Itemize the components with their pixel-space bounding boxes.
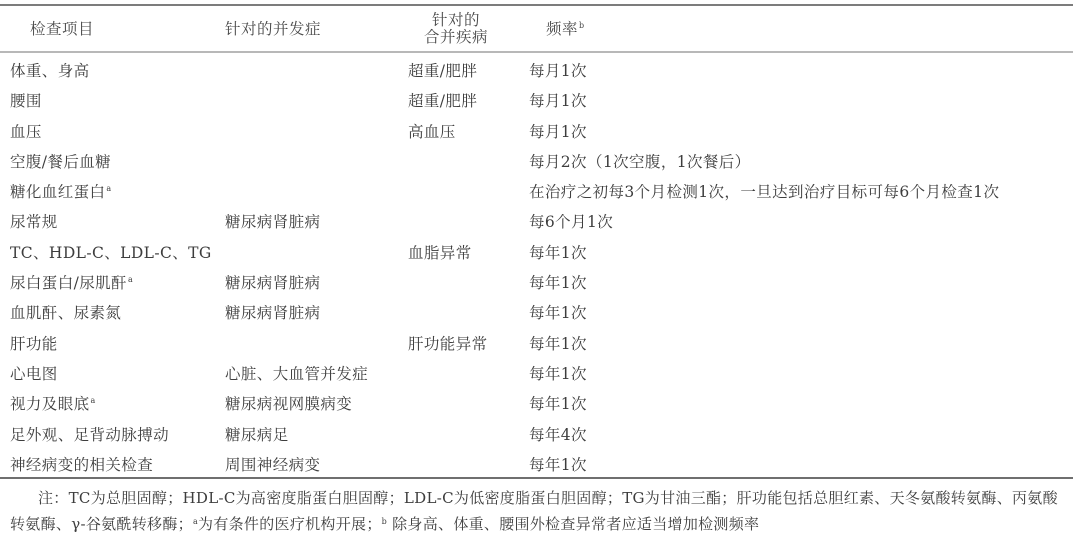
- table-footnote: 注：TC为总胆固醇；HDL-C为高密度脂蛋白胆固醇；LDL-C为低密度脂蛋白胆固…: [10, 485, 1072, 537]
- footnote-mark-a: a: [193, 517, 198, 526]
- table-row: 腰围超重/肥胖每月1次: [0, 88, 1080, 118]
- cell-exam-item: 腰围: [10, 91, 42, 111]
- cell-frequency: 每年1次: [529, 455, 587, 475]
- cell-frequency: 每年1次: [529, 303, 587, 323]
- cell-comorbidity: 血脂异常: [408, 243, 472, 263]
- table-row: 足外观、足背动脉搏动糖尿病足每年4次: [0, 422, 1080, 452]
- cell-frequency: 每月2次（1次空腹，1次餐后）: [529, 152, 751, 172]
- cell-comorbidity: 高血压: [408, 122, 456, 142]
- cell-exam-item: 糖化血红蛋白a: [10, 182, 112, 202]
- header-frequency: 频率b: [546, 21, 585, 37]
- table-row: 尿白蛋白/尿肌酐a糖尿病肾脏病每年1次: [0, 270, 1080, 300]
- exam-item-text: 血压: [10, 123, 42, 141]
- exam-item-text: 尿白蛋白/尿肌酐: [10, 274, 127, 292]
- cell-complication: 糖尿病视网膜病变: [225, 394, 352, 414]
- cell-frequency: 每年1次: [529, 243, 587, 263]
- cell-frequency: 每6个月1次: [529, 212, 613, 232]
- cell-exam-item: 尿白蛋白/尿肌酐a: [10, 273, 133, 293]
- header-comorbidity: 针对的 合并疾病: [406, 12, 506, 46]
- exam-item-text: 糖化血红蛋白: [10, 183, 105, 201]
- cell-frequency: 每月1次: [529, 61, 587, 81]
- cell-complication: 糖尿病肾脏病: [225, 273, 320, 293]
- table-row: 血肌酐、尿素氮糖尿病肾脏病每年1次: [0, 300, 1080, 330]
- cell-comorbidity: 超重/肥胖: [408, 91, 477, 111]
- cell-complication: 周围神经病变: [225, 455, 320, 475]
- header-frequency-label: 频率: [546, 20, 578, 38]
- cell-exam-item: 血压: [10, 122, 42, 142]
- exam-item-text: TC、HDL-C、LDL-C、TG: [10, 244, 212, 262]
- table-top-rule: [0, 4, 1073, 6]
- cell-frequency: 每月1次: [529, 122, 587, 142]
- cell-frequency: 每年1次: [529, 394, 587, 414]
- cell-frequency: 每年1次: [529, 334, 587, 354]
- footnote-label: 注：: [10, 489, 69, 507]
- exam-item-text: 足外观、足背动脉搏动: [10, 426, 169, 444]
- table-row: 肝功能肝功能异常每年1次: [0, 331, 1080, 361]
- cell-exam-item: 血肌酐、尿素氮: [10, 303, 121, 323]
- exam-item-text: 体重、身高: [10, 62, 90, 80]
- cell-complication: 糖尿病足: [225, 425, 289, 445]
- exam-item-text: 腰围: [10, 92, 42, 110]
- cell-exam-item: TC、HDL-C、LDL-C、TG: [10, 243, 212, 263]
- header-exam-item: 检查项目: [30, 21, 94, 37]
- table-header-rule: [0, 51, 1073, 53]
- table-row: 体重、身高超重/肥胖每月1次: [0, 58, 1080, 88]
- cell-comorbidity: 肝功能异常: [408, 334, 488, 354]
- cell-frequency: 每年4次: [529, 425, 587, 445]
- exam-item-text: 血肌酐、尿素氮: [10, 304, 121, 322]
- cell-frequency: 每月1次: [529, 91, 587, 111]
- footnote-mark: a: [128, 275, 133, 284]
- header-frequency-footnote-mark: b: [579, 21, 585, 30]
- cell-exam-item: 足外观、足背动脉搏动: [10, 425, 169, 445]
- cell-exam-item: 视力及眼底a: [10, 394, 96, 414]
- cell-exam-item: 空腹/餐后血糖: [10, 152, 111, 172]
- table-row: 视力及眼底a糖尿病视网膜病变每年1次: [0, 391, 1080, 421]
- exam-item-text: 肝功能: [10, 335, 58, 353]
- footnote-b-text: 除身高、体重、腰围外检查异常者应适当增加检测频率: [387, 515, 759, 533]
- table-bottom-rule: [0, 477, 1073, 479]
- header-comorbidity-line1: 针对的: [406, 12, 506, 29]
- cell-complication: 心脏、大血管并发症: [225, 364, 368, 384]
- cell-complication: 糖尿病肾脏病: [225, 212, 320, 232]
- footnote-mark: a: [106, 184, 111, 193]
- exam-item-text: 尿常规: [10, 213, 58, 231]
- footnote-mark: a: [91, 396, 96, 405]
- cell-exam-item: 神经病变的相关检查: [10, 455, 153, 475]
- footnote-mark-b: b: [382, 517, 387, 526]
- table-row: 尿常规糖尿病肾脏病每6个月1次: [0, 209, 1080, 239]
- header-complication: 针对的并发症: [225, 21, 321, 37]
- header-comorbidity-line2: 合并疾病: [406, 29, 506, 46]
- cell-exam-item: 心电图: [10, 364, 58, 384]
- table-row: 血压高血压每月1次: [0, 119, 1080, 149]
- cell-frequency: 在治疗之初每3个月检测1次，一旦达到治疗目标可每6个月检查1次: [529, 182, 999, 202]
- cell-comorbidity: 超重/肥胖: [408, 61, 477, 81]
- table-row: 空腹/餐后血糖每月2次（1次空腹，1次餐后）: [0, 149, 1080, 179]
- table-row: 心电图心脏、大血管并发症每年1次: [0, 361, 1080, 391]
- cell-exam-item: 尿常规: [10, 212, 58, 232]
- exam-item-text: 神经病变的相关检查: [10, 456, 153, 474]
- cell-complication: 糖尿病肾脏病: [225, 303, 320, 323]
- exam-item-text: 空腹/餐后血糖: [10, 153, 111, 171]
- table-row: 糖化血红蛋白a在治疗之初每3个月检测1次，一旦达到治疗目标可每6个月检查1次: [0, 179, 1080, 209]
- cell-frequency: 每年1次: [529, 364, 587, 384]
- table-row: TC、HDL-C、LDL-C、TG血脂异常每年1次: [0, 240, 1080, 270]
- exam-item-text: 视力及眼底: [10, 395, 90, 413]
- cell-exam-item: 肝功能: [10, 334, 58, 354]
- exam-item-text: 心电图: [10, 365, 58, 383]
- footnote-a-text: 为有条件的医疗机构开展；: [198, 515, 382, 533]
- cell-frequency: 每年1次: [529, 273, 587, 293]
- table-body: 体重、身高超重/肥胖每月1次腰围超重/肥胖每月1次血压高血压每月1次空腹/餐后血…: [0, 58, 1080, 482]
- cell-exam-item: 体重、身高: [10, 61, 90, 81]
